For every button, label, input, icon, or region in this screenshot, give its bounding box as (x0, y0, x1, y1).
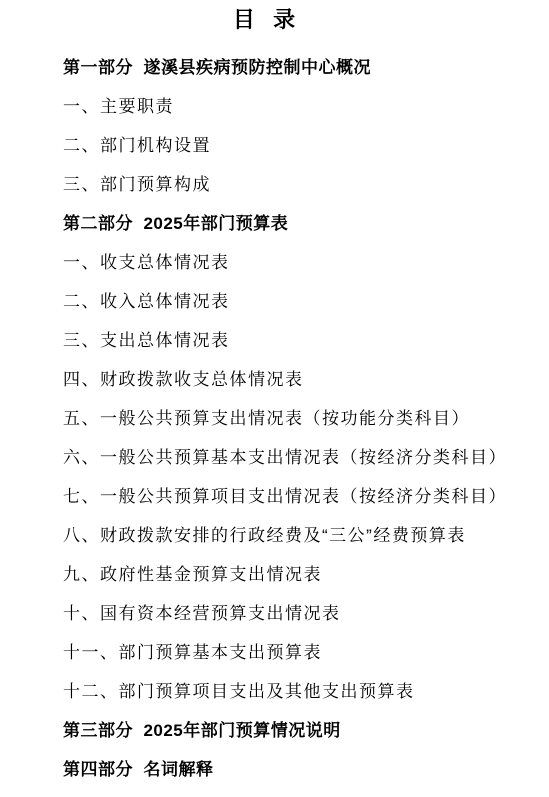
toc-entry-item: 十、国有资本经营预算支出情况表 (63, 592, 529, 631)
page-title: 目 录 (233, 8, 297, 32)
toc-entry-item: 三、支出总体情况表 (63, 319, 529, 358)
toc-list: 第一部分 遂溪县疾病预防控制中心概况一、主要职责二、部门机构设置三、部门预算构成… (0, 46, 549, 787)
toc-entry-item: 六、一般公共预算基本支出情况表（按经济分类科目） (63, 436, 529, 475)
toc-entry-item: 五、一般公共预算支出情况表（按功能分类科目） (63, 397, 529, 436)
toc-entry-item: 九、政府性基金预算支出情况表 (63, 553, 529, 592)
toc-entry-section: 第二部分 2025年部门预算表 (63, 202, 529, 241)
toc-entry-item: 一、主要职责 (63, 85, 529, 124)
toc-entry-section: 第三部分 2025年部门预算情况说明 (63, 709, 529, 748)
toc-entry-section: 第四部分 名词解释 (63, 748, 529, 787)
title-row: 目 录 (0, 0, 549, 32)
toc-entry-item: 七、一般公共预算项目支出情况表（按经济分类科目） (63, 475, 529, 514)
toc-entry-item: 十二、部门预算项目支出及其他支出预算表 (63, 670, 529, 709)
toc-entry-item: 三、部门预算构成 (63, 163, 529, 202)
toc-entry-item: 四、财政拨款收支总体情况表 (63, 358, 529, 397)
toc-entry-section: 第一部分 遂溪县疾病预防控制中心概况 (63, 46, 529, 85)
document-page: 目 录 第一部分 遂溪县疾病预防控制中心概况一、主要职责二、部门机构设置三、部门… (0, 0, 549, 797)
toc-entry-item: 一、收支总体情况表 (63, 241, 529, 280)
toc-entry-item: 十一、部门预算基本支出预算表 (63, 631, 529, 670)
toc-entry-item: 二、部门机构设置 (63, 124, 529, 163)
toc-entry-item: 八、财政拨款安排的行政经费及“三公”经费预算表 (63, 514, 529, 553)
toc-entry-item: 二、收入总体情况表 (63, 280, 529, 319)
